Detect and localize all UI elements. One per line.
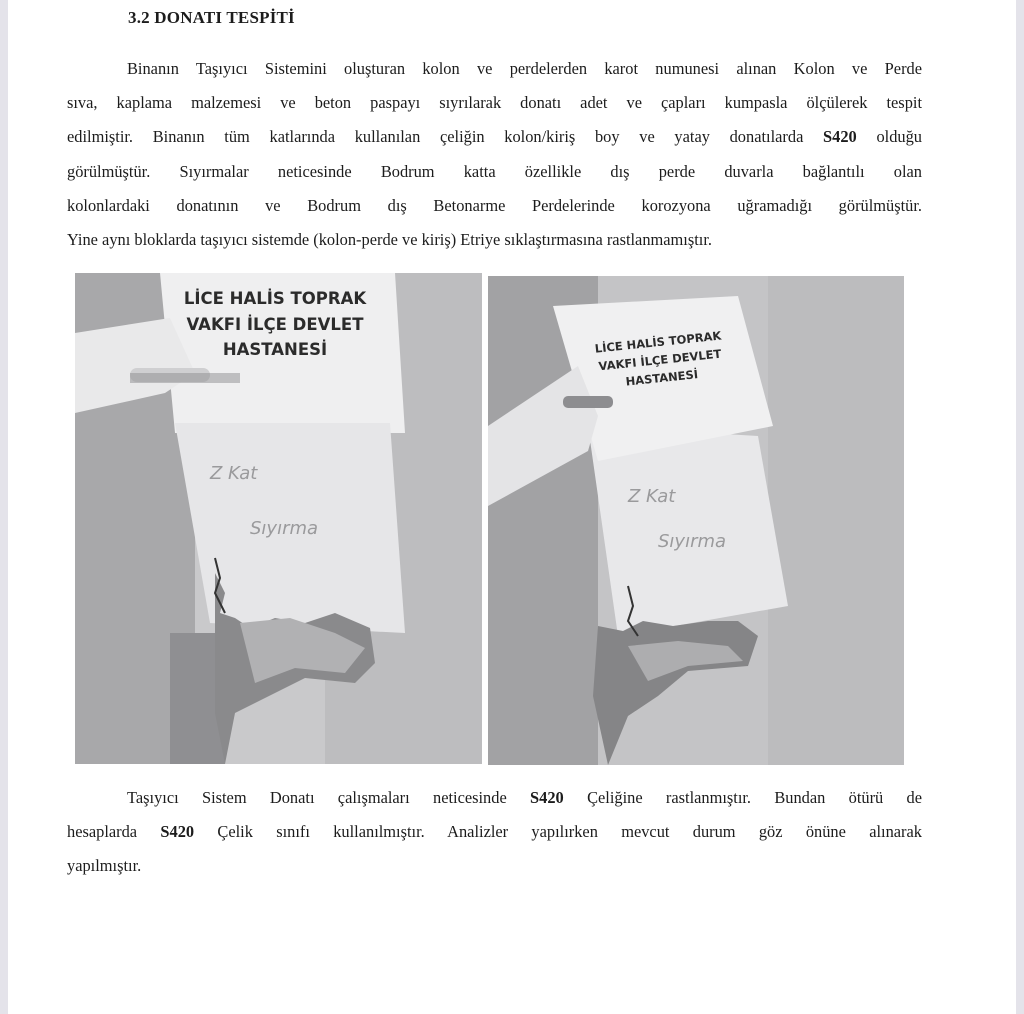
section-heading: 3.2 DONATI TESPİTİ	[128, 8, 295, 28]
document-page: 3.2 DONATI TESPİTİ Binanın Taşıyıcı Sist…	[8, 0, 1016, 1014]
handwritten-note: Sıyırma	[250, 518, 318, 539]
paragraph-line: kolonlardaki donatının ve Bodrum dış Bet…	[67, 189, 922, 223]
paragraph-line: edilmiştir. Binanın tüm katlarında kulla…	[67, 120, 922, 154]
paragraph-line: Taşıyıcı Sistem Donatı çalışmaları netic…	[67, 781, 922, 815]
paragraph-line: görülmüştür. Sıyırmalar neticesinde Bodr…	[67, 155, 922, 189]
photo-column-stripping-1: LİCE HALİS TOPRAK VAKFI İLÇE DEVLET HAST…	[75, 273, 482, 764]
handwritten-floor-label: Z Kat	[628, 486, 675, 507]
paragraph-rebar-findings: Binanın Taşıyıcı Sistemini oluşturan kol…	[67, 52, 922, 257]
paragraph-line: Binanın Taşıyıcı Sistemini oluşturan kol…	[67, 52, 922, 86]
handwritten-floor-label: Z Kat	[210, 463, 257, 484]
paragraph-line: sıva, kaplama malzemesi ve beton paspayı…	[67, 86, 922, 120]
steel-grade: S420	[530, 788, 564, 807]
photo-column-stripping-2: LİCE HALİS TOPRAK VAKFI İLÇE DEVLET HAST…	[488, 276, 904, 765]
paragraph-conclusion: Taşıyıcı Sistem Donatı çalışmaları netic…	[67, 781, 922, 884]
paragraph-line: Yine aynı bloklarda taşıyıcı sistemde (k…	[67, 223, 922, 257]
paragraph-line: yapılmıştır.	[67, 849, 922, 883]
paragraph-line: hesaplarda S420 Çelik sınıfı kullanılmış…	[67, 815, 922, 849]
hospital-sign: LİCE HALİS TOPRAK VAKFI İLÇE DEVLET HAST…	[170, 286, 380, 363]
handwritten-note: Sıyırma	[658, 531, 726, 552]
steel-grade: S420	[160, 822, 194, 841]
steel-grade: S420	[823, 127, 857, 146]
